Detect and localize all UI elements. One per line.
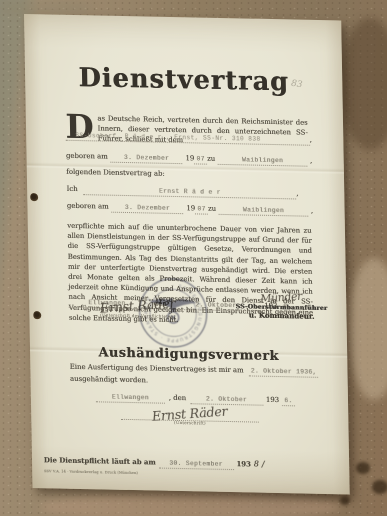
following-text: folgenden Dienstvertrag ab: <box>66 168 165 179</box>
stamp-ring-text: · SS-VERFÜGUNGSTRUPPE · STANDARTE · <box>143 283 204 344</box>
document-title: Dienstvertrag <box>25 62 343 98</box>
stone-spot <box>372 480 387 494</box>
handover-row-2: ausgehändigt worden. <box>70 375 148 386</box>
born-comma: , <box>311 207 313 216</box>
handover-text-post: ausgehändigt worden. <box>70 375 148 386</box>
handover-text-pre: Eine Ausfertigung des Dienstvertrages is… <box>70 363 244 376</box>
ich-row: Ich Ernst R ä d e r , <box>66 185 312 200</box>
stone-spot <box>356 462 370 474</box>
year-prefix: 193 <box>266 396 279 405</box>
punch-hole <box>33 311 41 319</box>
commander-signature-block: Münder SS-Obersturmbannführer u. Kommand… <box>218 290 345 322</box>
birth-place-field: Waiblingen <box>218 155 307 167</box>
born-label: geboren am <box>66 152 108 162</box>
following-line: folgenden Dienstvertrag ab: <box>66 168 165 179</box>
stone-spot <box>340 496 350 505</box>
svg-text:· SS-VERFÜGUNGSTRUPPE · STANDA: · SS-VERFÜGUNGSTRUPPE · STANDARTE · <box>143 283 204 344</box>
name-field: Ernst R ä d e r <box>83 185 296 199</box>
born-row-1: geboren am 3. Dezember 19 07 zu Waibling… <box>66 152 312 167</box>
emblem-mark-icon <box>171 315 175 319</box>
handover-signature-block: Ernst Räder (Unterschrift) <box>120 406 260 427</box>
born-row-2: geboren am 3. Dezember 19 07 zu Waibling… <box>67 202 313 217</box>
eagle-icon <box>149 298 197 324</box>
photograph-of-document: 83 Dienstvertrag Das Deutsche Reich, ver… <box>0 0 387 516</box>
handover-place-date-row: Ellwangen , den 2. Oktober 193 6. <box>96 392 313 406</box>
zu-label: zu <box>208 205 216 214</box>
birth-date-field: 3. Dezember <box>111 203 183 214</box>
year-field: 6. <box>282 396 295 406</box>
handover-date-field: 2. Oktober 1936, <box>249 366 318 377</box>
year-prefix: 193 <box>236 459 251 468</box>
document-paper: 83 Dienstvertrag Das Deutsche Reich, ver… <box>24 14 350 494</box>
punch-hole <box>30 193 38 201</box>
expiry-date-field: 30. September <box>159 459 234 471</box>
unit-stamp: · SS-VERFÜGUNGSTRUPPE · STANDARTE · <box>136 275 210 350</box>
den-label: , den <box>169 394 186 403</box>
place-field: Ellwangen <box>96 392 165 403</box>
born-label: geboren am <box>67 202 109 212</box>
birth-year-field: 07 <box>195 204 208 214</box>
birth-place-field: Waiblingen <box>219 205 308 217</box>
born-comma: , <box>310 157 312 166</box>
year-prefix: 19 <box>185 154 194 163</box>
expiry-slash-mark: / <box>262 460 265 469</box>
expiry-label: Die Dienstpflicht läuft ab am <box>44 455 156 466</box>
stone-bottom-patch <box>40 492 340 516</box>
birth-year-field: 07 <box>194 154 207 164</box>
ich-comma: , <box>296 189 298 198</box>
birth-date-field: 3. Dezember <box>111 153 183 164</box>
ich-label: Ich <box>66 185 77 194</box>
zu-label: zu <box>207 155 215 164</box>
party-comma: , <box>310 136 312 145</box>
form-imprint: SSV V.A. 14 · Vordruckverlag u. Druck (M… <box>44 469 138 475</box>
expiry-year-handwritten: 8 <box>254 460 259 469</box>
year-prefix: 19 <box>186 204 195 213</box>
